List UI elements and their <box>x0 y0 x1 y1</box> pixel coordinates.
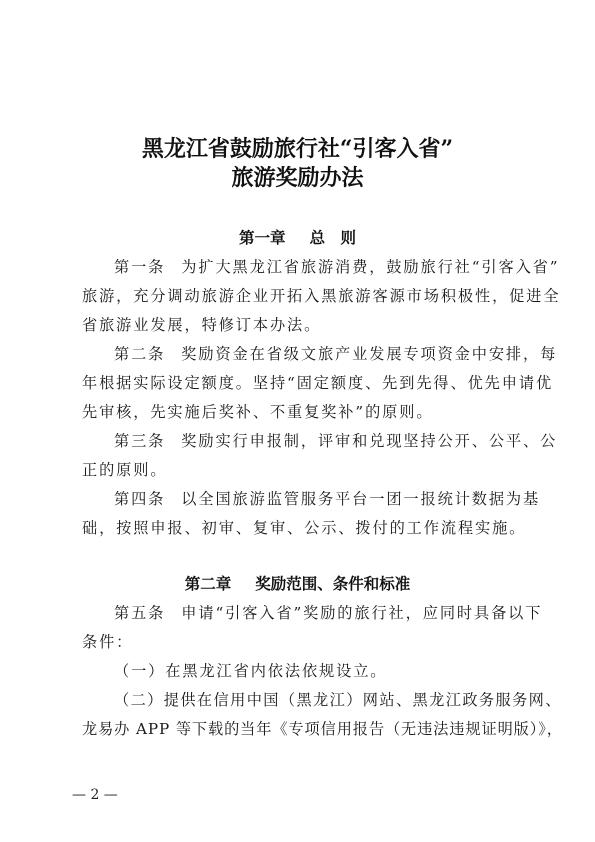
article-2-text: 奖励资金在省级文旅产业发展专项资金中安排，每 <box>181 345 557 363</box>
chapter-2-label: 第二章 <box>185 575 232 593</box>
document-title-line-1: 黑龙江省鼓励旅行社“引客入省” <box>0 135 595 164</box>
article-2-line-1: 第二条奖励资金在省级文旅产业发展专项资金中安排，每 <box>114 344 522 364</box>
article-1-line-1: 第一条为扩大黑龙江省旅游消费，鼓励旅行社“引客入省” <box>114 257 522 277</box>
document-title-line-2: 旅游奖励办法 <box>0 164 595 193</box>
article-1-text: 为扩大黑龙江省旅游消费，鼓励旅行社“引客入省” <box>181 258 559 276</box>
article-3-label: 第三条 <box>114 431 165 451</box>
chapter-1-label: 第一章 <box>239 229 286 247</box>
article-2-line-2: 年根据实际设定额度。坚持“固定额度、先到先得、优先申请优 <box>82 373 522 393</box>
article-1-line-3: 省旅游业发展，特修订本办法。 <box>82 315 522 335</box>
condition-item-2-line-1: （二）提供在信用中国（黑龙江）网站、黑龙江政务服务网、 <box>114 690 522 710</box>
article-4-text: 以全国旅游监管服务平台一团一报统计数据为基 <box>181 490 540 508</box>
article-5-line-1: 第五条申请“引客入省”奖励的旅行社，应同时具备以下 <box>114 603 522 623</box>
chapter-2-heading: 第二章奖励范围、条件和标准 <box>0 574 595 594</box>
article-4-label: 第四条 <box>114 489 165 509</box>
article-3-line-2: 正的原则。 <box>82 460 522 480</box>
article-5-line-2: 条件： <box>82 632 522 652</box>
article-5-text: 申请“引客入省”奖励的旅行社，应同时具备以下 <box>181 604 542 622</box>
article-1-line-2: 旅游，充分调动旅游企业开拓入黑旅游客源市场积极性，促进全 <box>82 286 522 306</box>
article-2-label: 第二条 <box>114 344 165 364</box>
article-3-text: 奖励实行申报制，评审和兑现坚持公开、公平、公 <box>181 432 557 450</box>
chapter-1-heading: 第一章总 则 <box>0 228 595 248</box>
chapter-1-name: 总 则 <box>310 229 357 247</box>
page-number: — 2 — <box>72 786 118 804</box>
condition-item-1: （一）在黑龙江省内依法依规设立。 <box>114 661 522 681</box>
condition-item-2-line-2: 龙易办 APP 等下载的当年《专项信用报告（无违法违规证明版）》， <box>82 719 522 739</box>
article-4-line-2: 础，按照申报、初审、复审、公示、拨付的工作流程实施。 <box>82 518 522 538</box>
document-page: 黑龙江省鼓励旅行社“引客入省” 旅游奖励办法 第一章总 则 第一条为扩大黑龙江省… <box>0 0 595 842</box>
article-3-line-1: 第三条奖励实行申报制，评审和兑现坚持公开、公平、公 <box>114 431 522 451</box>
article-4-line-1: 第四条以全国旅游监管服务平台一团一报统计数据为基 <box>114 489 522 509</box>
article-2-line-3: 先审核，先实施后奖补、不重复奖补”的原则。 <box>82 402 522 422</box>
article-5-label: 第五条 <box>114 603 165 623</box>
chapter-2-name: 奖励范围、条件和标准 <box>255 575 410 593</box>
article-1-label: 第一条 <box>114 257 165 277</box>
